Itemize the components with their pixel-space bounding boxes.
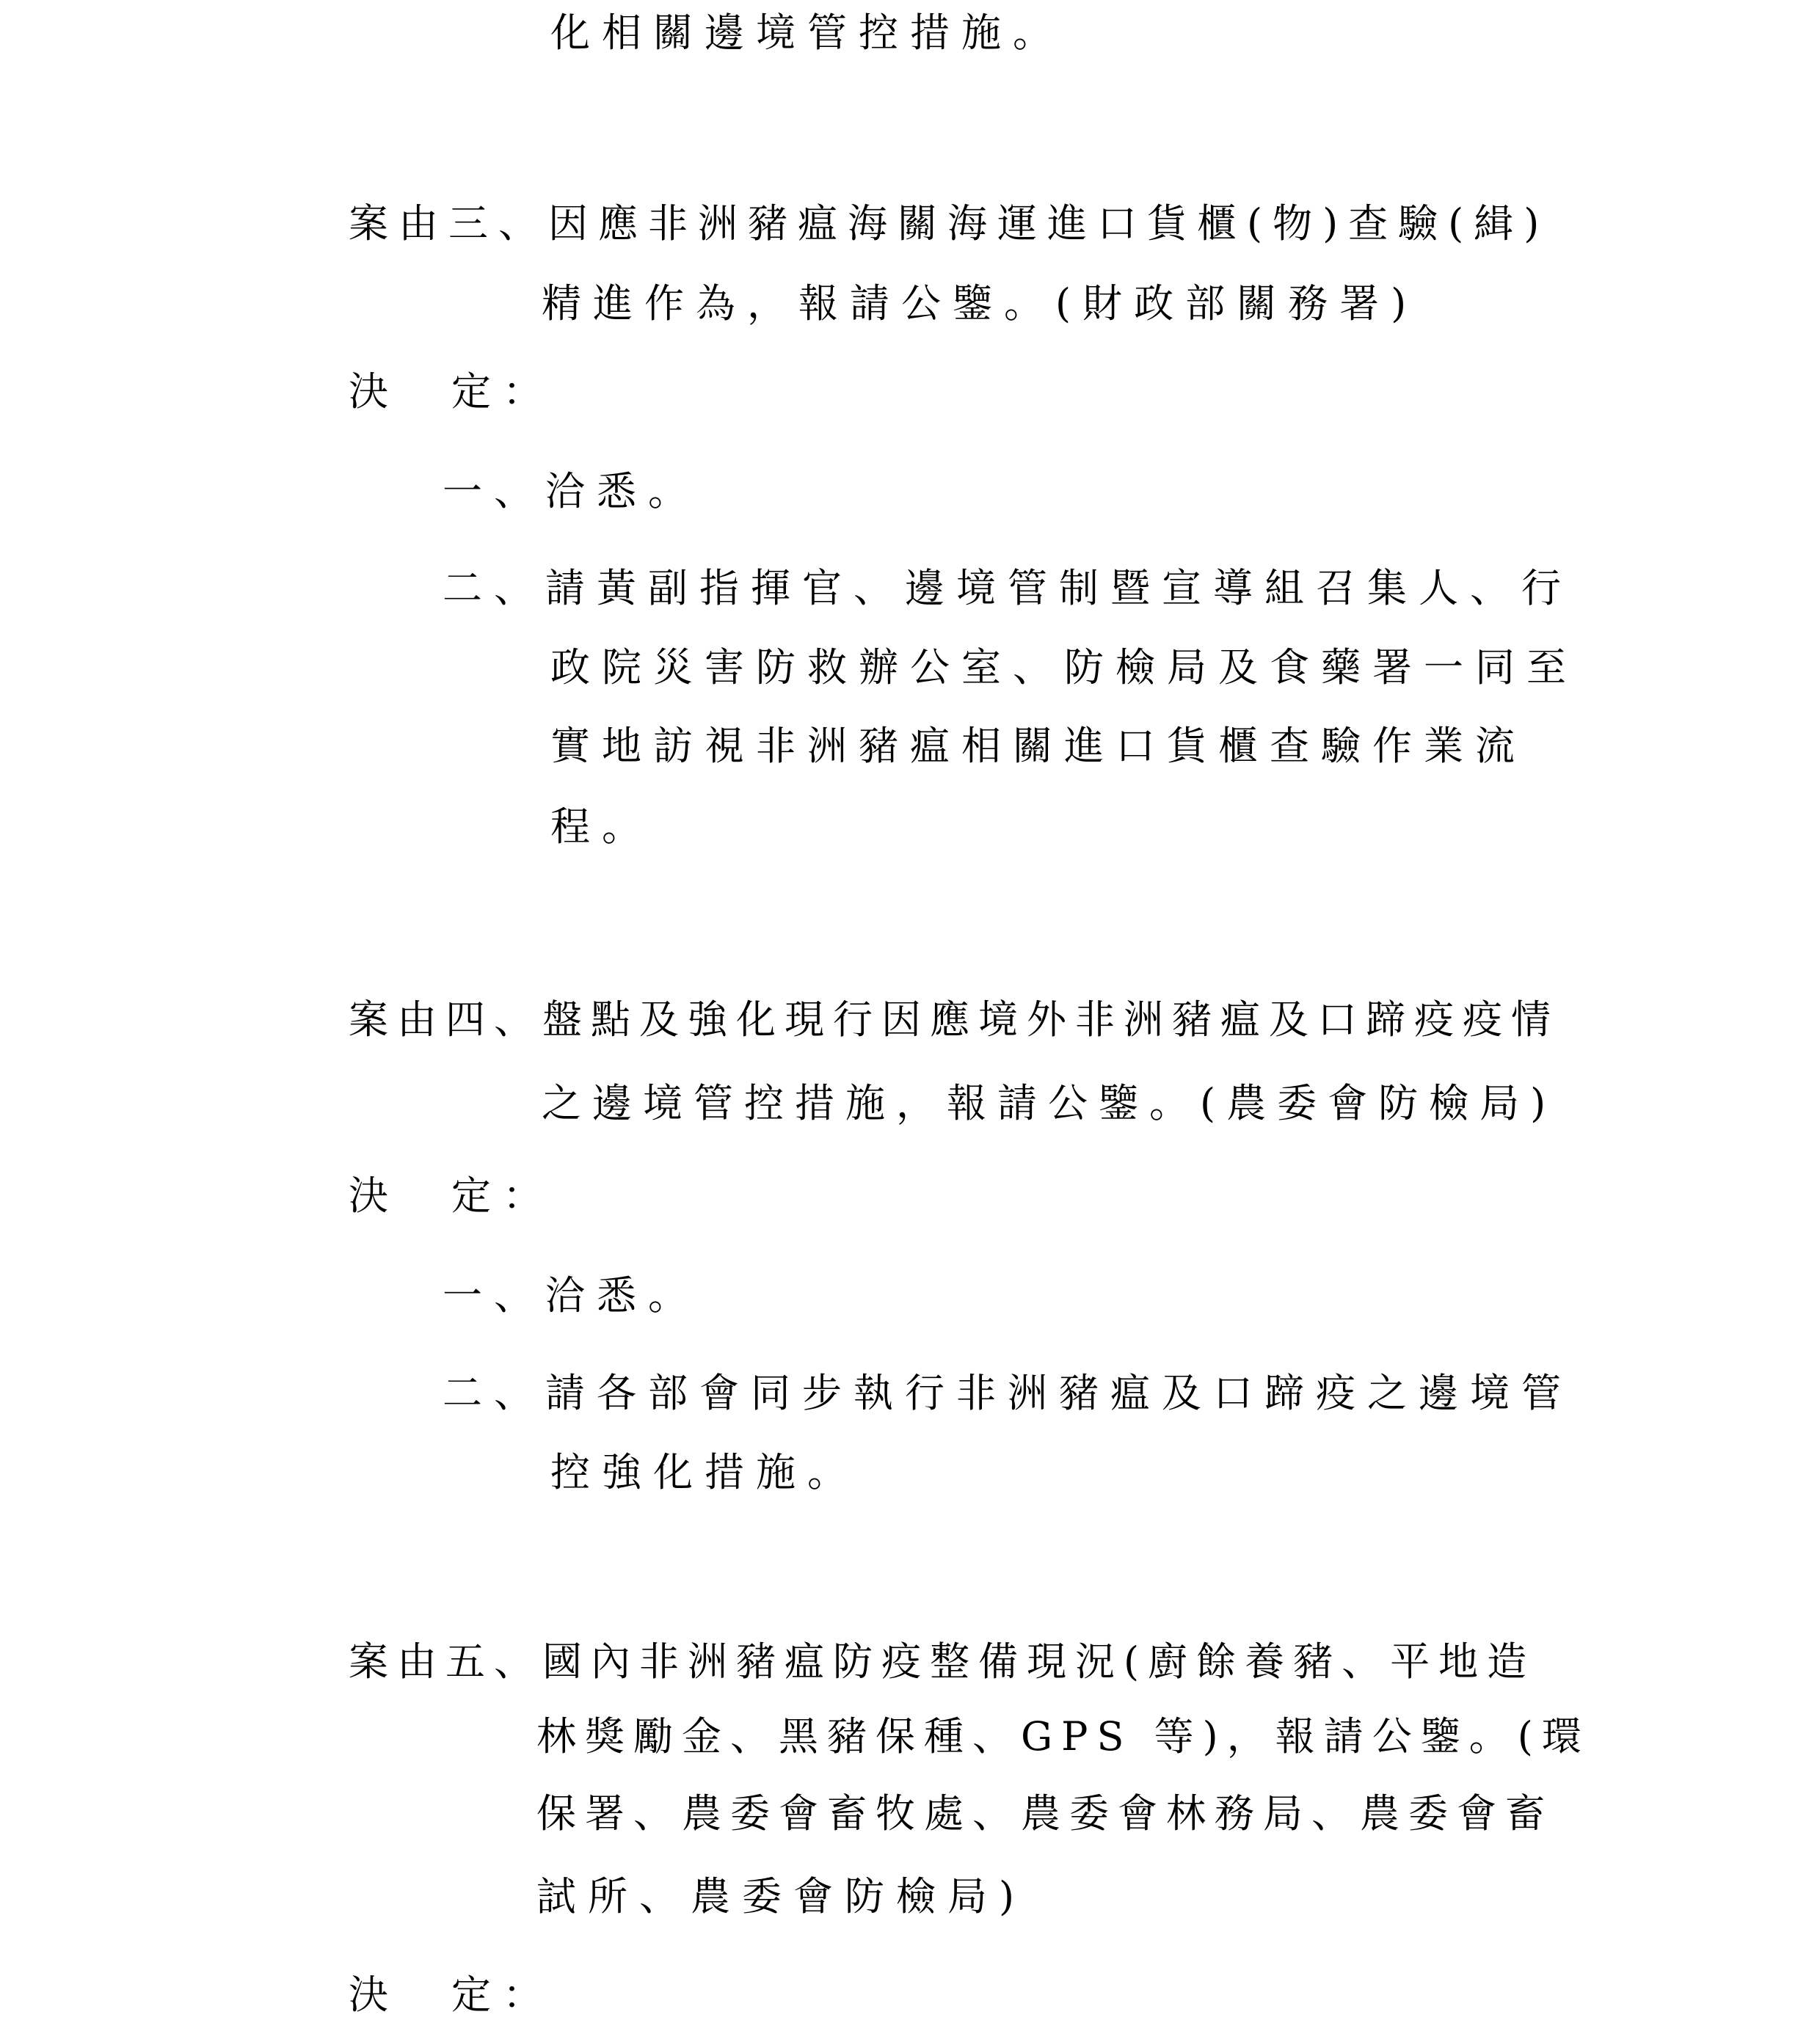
case5-decision-label: 決 定：	[349, 1972, 554, 2018]
case3-decision-label: 決 定：	[349, 369, 554, 415]
case4-decision-item2-line1: 二、請各部會同步執行非洲豬瘟及口蹄疫之邊境管	[443, 1371, 1573, 1416]
case3-decision-item1: 一、洽悉。	[443, 469, 699, 514]
case5-subject-line2: 林獎勵金、黑豬保種、GPS 等)，報請公鑒。(環	[536, 1714, 1590, 1760]
case3-decision-item2-line3: 實地訪視非洲豬瘟相關進口貨櫃查驗作業流	[550, 723, 1526, 769]
minutes-document-page: 化相關邊境管控措施。 案由三、因應非洲豬瘟海關海運進口貨櫃(物)查驗(緝) 精進…	[0, 0, 1820, 2020]
case5-subject-line1: 案由五、國內非洲豬瘟防疫整備現況(廚餘養豬、平地造	[349, 1639, 1535, 1685]
case4-decision-item2-line2: 控強化措施。	[550, 1450, 859, 1495]
case5-subject-line4: 試所、農委會防檢局)	[536, 1874, 1026, 1919]
case3-subject-line1: 案由三、因應非洲豬瘟海關海運進口貨櫃(物)查驗(緝)	[349, 201, 1549, 247]
case3-decision-item2-line1: 二、請黃副指揮官、邊境管制暨宣導組召集人、行	[443, 566, 1573, 611]
case4-subject-line2: 之邊境管控措施，報請公鑒。(農委會防檢局)	[542, 1081, 1557, 1126]
case4-subject-line1: 案由四、盤點及強化現行因應境外非洲豬瘟及口蹄疫疫情	[349, 997, 1559, 1043]
continuation-line: 化相關邊境管控措施。	[550, 10, 1064, 56]
case3-decision-item2-line4: 程。	[550, 804, 653, 850]
case3-subject-line2: 精進作為，報請公鑒。(財政部關務署)	[542, 281, 1418, 327]
case3-decision-item2-line2: 政院災害防救辦公室、防檢局及食藥署一同至	[550, 645, 1578, 690]
case4-decision-item1: 一、洽悉。	[443, 1273, 699, 1319]
case4-decision-label: 決 定：	[349, 1173, 554, 1219]
case5-subject-line3: 保署、農委會畜牧處、農委會林務局、農委會畜	[536, 1791, 1554, 1837]
